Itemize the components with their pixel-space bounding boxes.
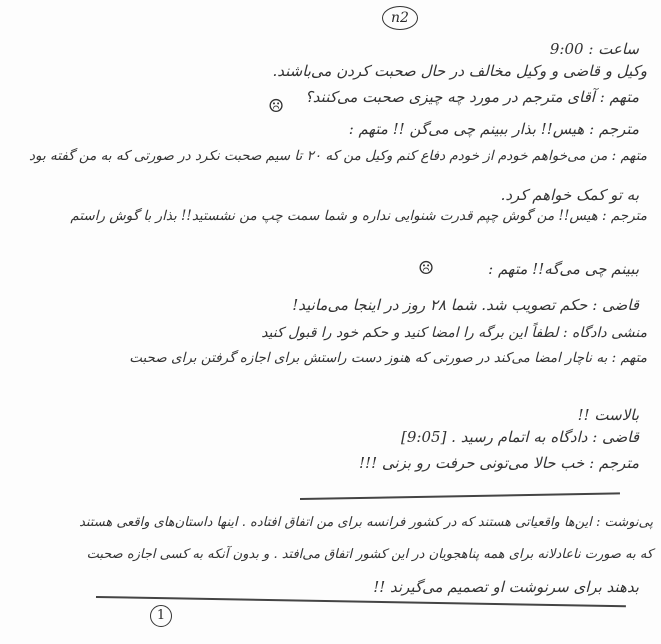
judge-line: قاضی : دادگاه به اتمام رسید . [9:05] <box>401 430 639 445</box>
clerk-line: منشی دادگاه : لطفاً این برگه را امضا کنی… <box>261 326 647 340</box>
translator-line: مترجم : هیس!! من گوش چپم قدرت شنوایی ندا… <box>70 210 647 224</box>
frightened-face-icon: ☹ <box>268 96 284 117</box>
divider-line <box>96 596 626 607</box>
translator-line: مترجم : خب حالا می‌تونی حرفت رو بزنی !!! <box>359 456 639 471</box>
narration-line: وکیل و قاضی و وکیل مخالف در حال صحبت کرد… <box>272 64 647 79</box>
judge-line: قاضی : حکم تصویب شد. شما ۲۸ روز در اینجا… <box>292 298 639 313</box>
continuation-line: بالاست !! <box>578 408 639 423</box>
postscript-line: که به صورت ناعادلانه برای همه پناهجویان … <box>87 548 653 561</box>
worried-face-icon: ☹ <box>418 258 434 279</box>
handwritten-page: n2 ساعت : 9:00 وکیل و قاضی و وکیل مخالف … <box>0 0 661 644</box>
continuation-line: به تو کمک خواهم کرد. <box>501 188 639 203</box>
page-number: 1 <box>150 605 172 627</box>
translator-line: مترجم : هیس!! بذار ببینم چی می‌گن !! مته… <box>349 122 639 137</box>
divider-line <box>300 492 620 499</box>
continuation-line: ببینم چی می‌گه!! متهم : <box>488 262 639 277</box>
time-line: ساعت : 9:00 <box>550 42 639 57</box>
defendant-line: متهم : به ناچار امضا می‌کند در صورتی که … <box>129 352 647 366</box>
defendant-line: متهم : من می‌خواهم خودم از خودم دفاع کنم… <box>29 150 647 164</box>
defendant-line: متهم : آقای مترجم در مورد چه چیزی صحبت م… <box>305 90 639 105</box>
postscript-line: بدهند برای سرنوشت او تصمیم می‌گیرند !! <box>373 580 639 595</box>
page-marker: n2 <box>382 6 418 30</box>
postscript-line: پی‌نوشت : این‌ها واقعیاتی هستند که در کش… <box>79 516 653 529</box>
